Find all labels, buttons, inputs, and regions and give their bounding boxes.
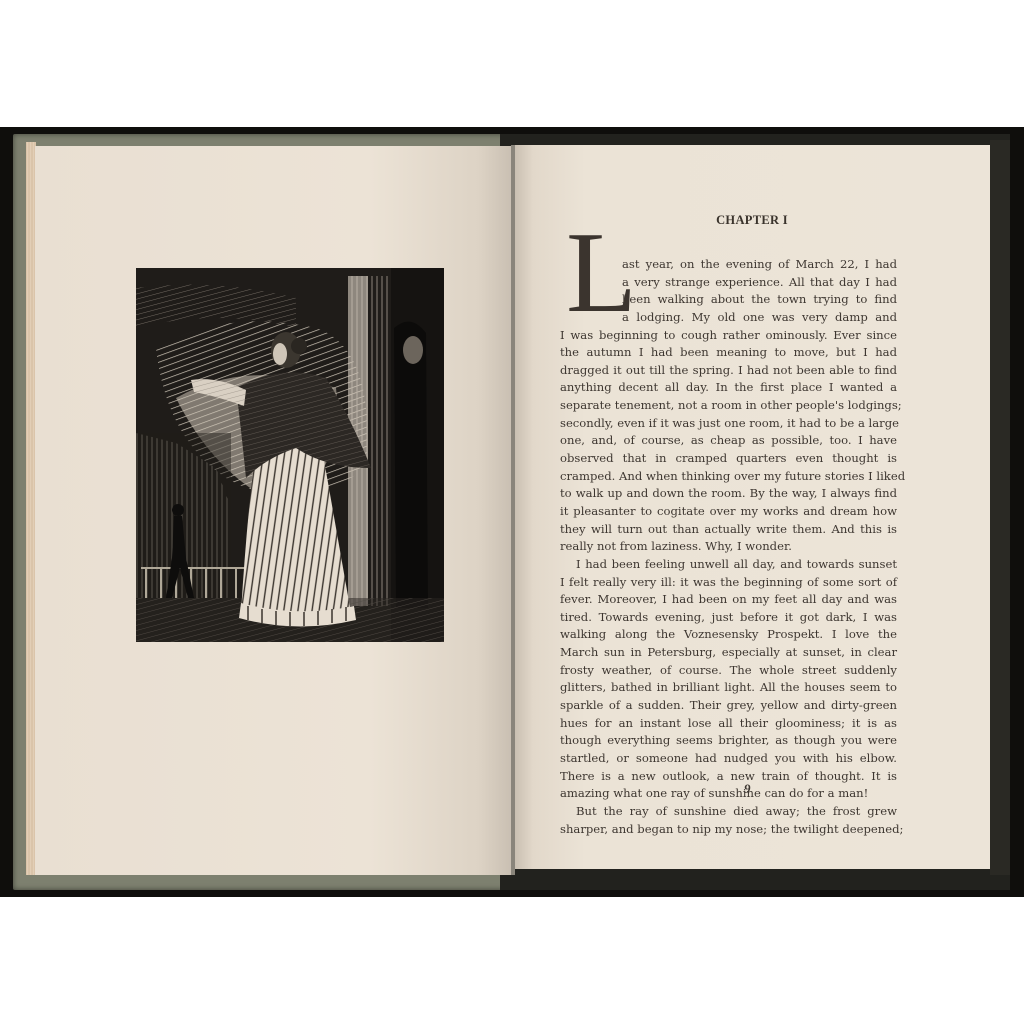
text-line: sharper, and began to nip my nose; the t… [560,821,897,839]
text-line: really not from laziness. Why, I wonder. [560,538,897,556]
chapter-text: ast year, on the evening of March 22, I … [560,256,897,838]
text-line: I felt really very ill: it was the begin… [560,574,897,592]
text-line: glitters, bathed in brilliant light. All… [560,679,897,697]
text-line: cramped. And when thinking over my futur… [560,468,897,486]
text-line: hues for an instant lose all their gloom… [560,715,897,733]
text-line: startled, or someone had nudged you with… [560,750,897,768]
text-line: though everything seems brighter, as tho… [560,732,897,750]
text-line: it pleasanter to cogitate over my works … [560,503,897,521]
right-edge-shadow [990,140,1010,875]
text-line: secondly, even if it was just one room, … [560,415,897,433]
text-line: But the ray of sunshine died away; the f… [560,803,897,821]
text-line: fever. Moreover, I had been on my feet a… [560,591,897,609]
text-line: the autumn I had been meaning to move, b… [560,344,897,362]
text-line: I was beginning to cough rather ominousl… [560,327,897,345]
text-line: separate tenement, not a room in other p… [560,397,897,415]
text-line: frosty weather, of course. The whole str… [560,662,897,680]
text-line: tired. Towards evening, just before it g… [560,609,897,627]
text-line: ast year, on the evening of March 22, I … [622,256,897,274]
text-line: one, and, of course, as cheap as possibl… [560,432,897,450]
illustration-art [136,268,444,642]
text-line: a lodging. My old one was very damp and [622,309,897,327]
book-gutter [511,145,515,875]
text-line: observed that in cramped quarters even t… [560,450,897,468]
text-line: anything decent all day. In the first pl… [560,379,897,397]
text-line: a very strange experience. All that day … [622,274,897,292]
text-line: There is a new outlook, a new train of t… [560,768,897,786]
text-line: to walk up and down the room. By the way… [560,485,897,503]
book-photo: CHAPTER I L ast year, on the evening of … [0,0,1024,1024]
page-number: 9 [744,781,751,797]
text-line: I had been feeling unwell all day, and t… [560,556,897,574]
text-line: been walking about the town trying to fi… [622,291,897,309]
text-line: dragged it out till the spring. I had no… [560,362,897,380]
text-line: they will turn out than actually write t… [560,521,897,539]
woodcut-illustration [136,268,444,642]
text-line: walking along the Voznesensky Prospekt. … [560,626,897,644]
text-line: amazing what one ray of sunshine can do … [560,785,897,803]
text-line: sparkle of a sudden. Their grey, yellow … [560,697,897,715]
text-line: March sun in Petersburg, especially at s… [560,644,897,662]
